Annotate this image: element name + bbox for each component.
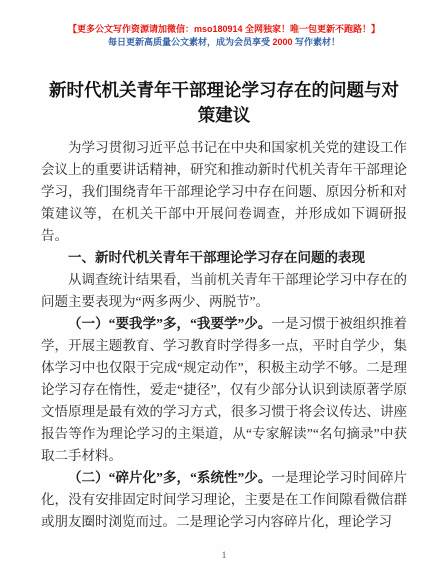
paragraph-point-1: （一）“要我学”多，“我要学”少。一是习惯于被组织推着学，开展主题教育、学习教育…	[41, 313, 407, 467]
paragraph-survey-summary: 从调查统计结果看，当前机关青年干部理论学习中存在的问题主要表现为“两多两少、两脱…	[41, 269, 407, 313]
paragraph-point-2: （二）“碎片化”多，“系统性”少。一是理论学习时间碎片化，没有安排固定时间学习理…	[41, 467, 407, 533]
paragraph-intro: 为学习贯彻习近平总书记在中央和国家机关党的建设工作会议上的重要讲话精神，研究和推…	[41, 137, 407, 247]
promo-line-2-prefix: 每日更新高质量公文素材，成为会员享受	[108, 37, 273, 47]
document-page: 【更多公文写作资源请加微信：mso180914 全网独家！唯一包更新不跑路！】 …	[0, 0, 448, 580]
paragraph-point-1-text: 一是习惯于被组织推着学，开展主题教育、学习教育时学得多一点，平时自学少，集体学习…	[41, 316, 407, 463]
promo-line-2-number: 2000	[272, 37, 292, 47]
paragraph-intro-text: 为学习贯彻习近平总书记在中央和国家机关党的建设工作会议上的重要讲话精神，研究和推…	[41, 140, 407, 243]
page-number: 1	[0, 550, 448, 562]
promo-line-2: 每日更新高质量公文素材，成为会员享受 2000 写作素材！	[41, 36, 407, 49]
paragraph-point-1-lead: （一）“要我学”多，“我要学”少。	[68, 316, 271, 331]
promo-line-1: 【更多公文写作资源请加微信：mso180914 全网独家！唯一包更新不跑路！】	[41, 23, 407, 36]
paragraph-survey-summary-text: 从调查统计结果看，当前机关青年干部理论学习中存在的问题主要表现为“两多两少、两脱…	[41, 272, 407, 309]
paragraph-point-2-lead: （二）“碎片化”多，“系统性”少。	[68, 470, 271, 485]
promo-header: 【更多公文写作资源请加微信：mso180914 全网独家！唯一包更新不跑路！】 …	[41, 23, 407, 49]
document-body: 为学习贯彻习近平总书记在中央和国家机关党的建设工作会议上的重要讲话精神，研究和推…	[41, 137, 407, 533]
promo-line-2-suffix: 写作素材！	[293, 37, 341, 47]
document-title: 新时代机关青年干部理论学习存在的问题与对策建议	[41, 78, 407, 128]
section-heading-1: 一、新时代机关青年干部理论学习存在问题的表现	[41, 247, 407, 269]
